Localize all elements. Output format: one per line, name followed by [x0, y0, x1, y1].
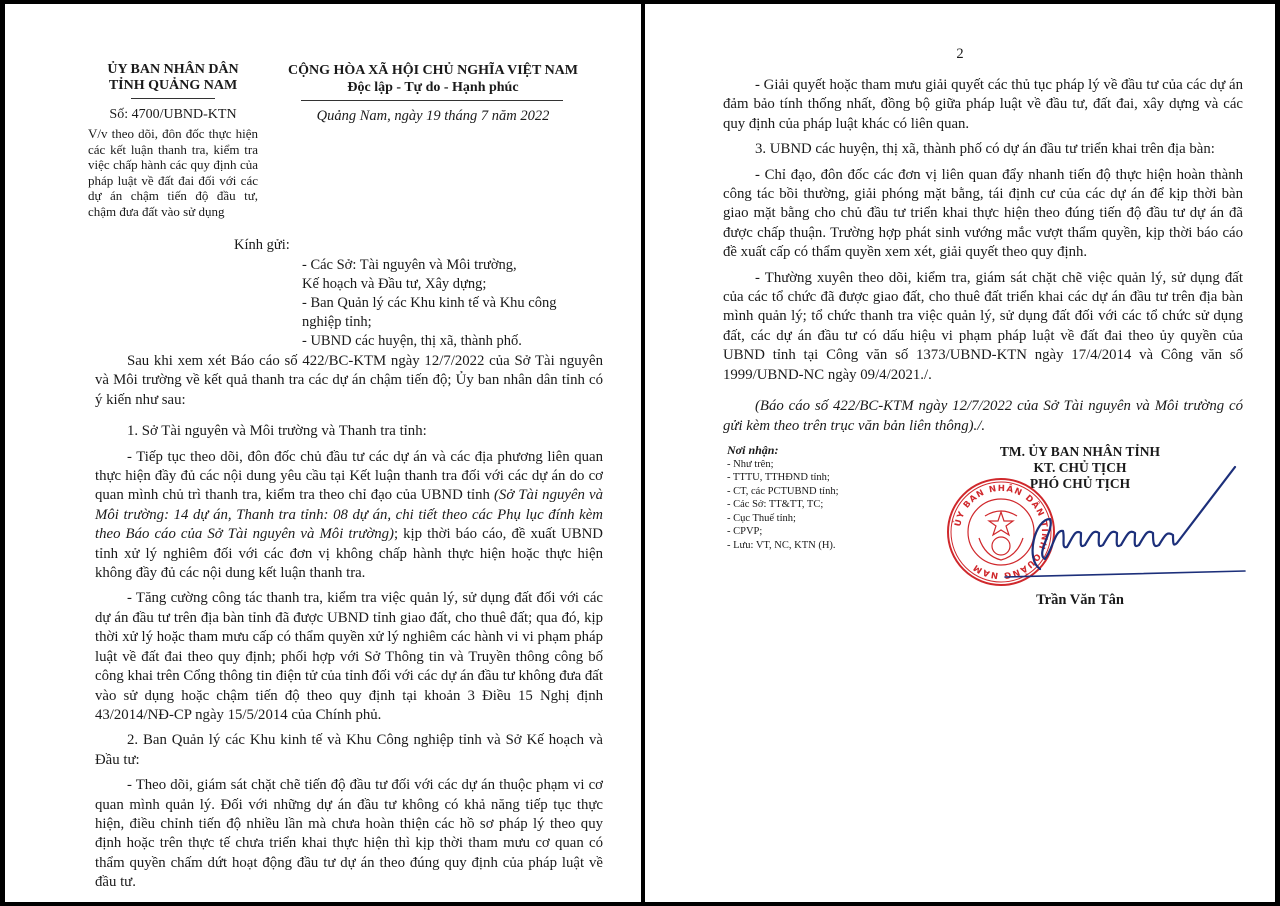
recipient-item: - Các Sở: TT&TT, TC; — [727, 498, 927, 512]
signer-name: Trần Văn Tân — [945, 592, 1215, 609]
recipient-item: - CPVP; — [727, 525, 927, 539]
addressee-item: - Các Sở: Tài nguyên và Môi trường, — [302, 256, 582, 275]
recipient-item: - CT, các PCTUBND tỉnh; — [727, 485, 927, 499]
section-3-heading: 3. UBND các huyện, thị xã, thành phố có … — [723, 140, 1243, 159]
attachment-note: (Báo cáo số 422/BC-KTM ngày 12/7/2022 củ… — [723, 397, 1243, 436]
org-line-1: ỦY BAN NHÂN DÂN — [83, 62, 263, 78]
intro-paragraph: Sau khi xem xét Báo cáo số 422/BC-KTM ng… — [95, 352, 603, 410]
addressee-item: nghiệp tỉnh; — [302, 313, 582, 332]
document-page-2: 2 - Giải quyết hoặc tham mưu giải quyết … — [645, 4, 1275, 902]
issuing-authority: ỦY BAN NHÂN DÂN TỈNH QUẢNG NAM — [83, 62, 263, 94]
recipients-title: Nơi nhận: — [727, 444, 927, 458]
section-1-heading: 1. Sở Tài nguyên và Môi trường và Thanh … — [95, 422, 603, 441]
recipient-item: - Lưu: VT, NC, KTN (H). — [727, 539, 927, 553]
section-1-paragraph-1: - Tiếp tục theo dõi, đôn đốc chủ đầu tư … — [95, 448, 603, 584]
section-2-heading: 2. Ban Quản lý các Khu kinh tế và Khu Cô… — [95, 731, 603, 770]
section-1-paragraph-2: - Tăng cường công tác thanh tra, kiểm tr… — [95, 589, 603, 725]
nation-motto: Độc lập - Tự do - Hạnh phúc — [263, 79, 603, 96]
org-line-2: TỈNH QUẢNG NAM — [83, 78, 263, 94]
document-body: Sau khi xem xét Báo cáo số 422/BC-KTM ng… — [95, 352, 603, 893]
sign-line-1: TM. ỦY BAN NHÂN TỈNH — [945, 444, 1215, 460]
place-date: Quảng Nam, ngày 19 tháng 7 năm 2022 — [263, 108, 603, 125]
addressee-list: - Các Sở: Tài nguyên và Môi trường, Kế h… — [302, 256, 582, 351]
addressee-label: Kính gửi: — [234, 237, 290, 254]
section-2-paragraph-1: - Theo dõi, giám sát chặt chẽ tiến độ đầ… — [95, 776, 603, 892]
document-body-continued: - Giải quyết hoặc tham mưu giải quyết cá… — [723, 76, 1243, 436]
addressee-item: - Ban Quản lý các Khu kinh tế và Khu côn… — [302, 294, 582, 313]
recipient-item: - Cục Thuế tỉnh; — [727, 512, 927, 526]
nation-title: CỘNG HÒA XÃ HỘI CHỦ NGHĨA VIỆT NAM — [263, 62, 603, 79]
addressee-item: Kế hoạch và Đầu tư, Xây dựng; — [302, 275, 582, 294]
handwritten-signature-icon — [995, 459, 1255, 589]
recipient-item: - TTTU, TTHĐND tỉnh; — [727, 471, 927, 485]
document-subject: V/v theo dõi, đôn đốc thực hiện các kết … — [88, 126, 258, 219]
document-number: Số: 4700/UBND-KTN — [88, 107, 258, 123]
page-number: 2 — [645, 46, 1275, 63]
recipient-item: - Như trên; — [727, 458, 927, 472]
section-3-paragraph-2: - Thường xuyên theo dõi, kiểm tra, giám … — [723, 269, 1243, 385]
motto-underline — [301, 100, 563, 101]
recipients-block: Nơi nhận: - Như trên; - TTTU, TTHĐND tỉn… — [727, 444, 927, 552]
section-2-paragraph-2: - Giải quyết hoặc tham mưu giải quyết cá… — [723, 76, 1243, 134]
national-motto: CỘNG HÒA XÃ HỘI CHỦ NGHĨA VIỆT NAM Độc l… — [263, 62, 603, 96]
document-page-1: ỦY BAN NHÂN DÂN TỈNH QUẢNG NAM Số: 4700/… — [5, 4, 641, 902]
addressee-item: - UBND các huyện, thị xã, thành phố. — [302, 332, 582, 351]
section-3-paragraph-1: - Chỉ đạo, đôn đốc các đơn vị liên quan … — [723, 166, 1243, 263]
org-underline — [131, 98, 215, 99]
